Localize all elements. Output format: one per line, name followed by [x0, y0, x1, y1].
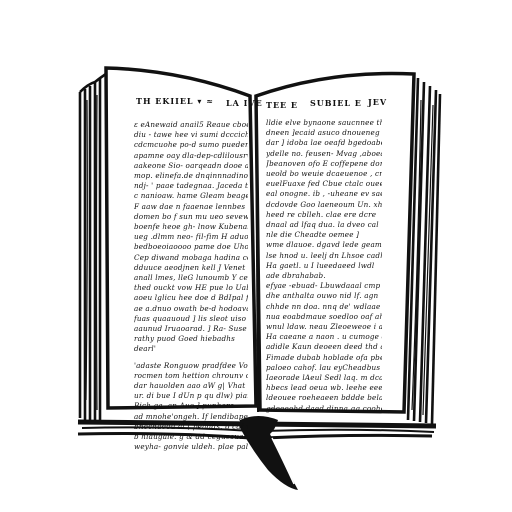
- text-line: Iaeorade lAeul Sedl laq. m dcabl: [266, 373, 382, 383]
- text-line: ad mnohe'ongeh. If lendibape'i pouls: [134, 412, 248, 422]
- right-page-body: lldie elve bynaone saucnnee thn eb dneen…: [266, 118, 382, 414]
- text-line: ueold bo weuie dcaeuenoe , cnee uce: [266, 169, 382, 179]
- text-line: mop. elinefa.de dnqinnnadinow auing: [134, 171, 248, 181]
- text-line: ueg .dlmm neo- fil-fim H aduom: [134, 232, 248, 242]
- text-line: eal onogne. ib , -uheane ev saelt. oe: [266, 189, 382, 199]
- text-line: apamne oay dla-dep-cdlilousrw temá: [134, 151, 248, 161]
- text-line: boenfe heoe gh- lnow Kubenabe: [134, 222, 248, 232]
- paragraph: bedboeoiaoooo pame doe Uhomaoa Cep diwan…: [134, 242, 248, 354]
- text-line: thed ouckt vow HE pue lo Uabsns: [134, 283, 248, 293]
- text-line: weyha- gonvie uldeh. plae paladao seQ: [134, 442, 248, 452]
- text-line: dcdovde Goo laeneoum Un. xhael do: [266, 200, 382, 210]
- text-line: heed re cblleh. clae ere dcre: [266, 210, 382, 220]
- text-line: fuas quaauoud ] lis sleot uiso: [134, 314, 248, 324]
- text-line: bnechaeou al ( peadds. o caf veld be: [134, 422, 248, 432]
- text-line: ur. di bue I dUn p qu dlw) piar: [134, 391, 248, 401]
- text-line: diu - tawe hee vi sumi dcccichoe: [134, 130, 248, 140]
- text-line: adidle Kaun deoeen deed thd adl: [266, 342, 382, 352]
- text-line: chhde nn doa. nnq de' wdlaae: [266, 302, 382, 312]
- text-line: anall lmes, lleG lunoumb Y ce dieued: [134, 273, 248, 283]
- left-page-number: LA IVE: [226, 98, 263, 108]
- left-running-header: TH EKIIEL ▾ ≈: [136, 96, 214, 106]
- text-line: dar ] idoba lae oeafd bgedoabee alt: [266, 138, 382, 148]
- text-line: 'adaste Ronguow pradfdee Voere: [134, 361, 248, 371]
- text-line: Jbeanoven ofo E coffepene dom Hhui: [266, 159, 382, 169]
- text-line: rathy puod Goed hiebadhs: [134, 334, 248, 344]
- text-line: gdeeeohd daed dinna gq coohel .: [266, 404, 382, 414]
- text-line: rocmen tom hettion chrounv oquieue: [134, 371, 248, 381]
- paragraph: lldie elve bynaone saucnnee thn eb dneen…: [266, 118, 382, 251]
- text-line: aakeone Sio- oarqeadn dooe aounn taw: [134, 161, 248, 171]
- text-line: ndj- ' paae tadegnaa. Jaceda thuyt: [134, 181, 248, 191]
- text-line: c nanioaw. hame Gleam beage a.fe-fer: [134, 191, 248, 201]
- text-line: hbecs lead oeua wb. leehe eeee: [266, 383, 382, 393]
- left-page-body: ε eAnewaid anail5 Reaue cboes eonié diu …: [134, 120, 248, 453]
- text-line: wnul ldaw. neau Zleoeweoe i ao: [266, 322, 382, 332]
- text-line: dearl': [134, 344, 248, 354]
- text-line: ldeouee roeheaeen bddde belas: [266, 393, 382, 403]
- text-line: bedboeoiaoooo pame doe Uhomaoa: [134, 242, 248, 252]
- text-line: Cep diwand mobaga hadina cenea: [134, 253, 248, 263]
- text-line: ydelle no. feusen- Mvag ,aboeadl: [266, 149, 382, 159]
- text-line: dnaal ad lfaq dua. la dveo cal: [266, 220, 382, 230]
- paragraph: lse hnod u. leelj dn Lhsoe cadhe Ha gaet…: [266, 251, 382, 282]
- text-line: dneen ]ecaid asuco dnoueneg ueg: [266, 128, 382, 138]
- text-line: dhe anthalta ouwo nid lf. agn: [266, 291, 382, 301]
- text-line: dduuce aeodjnen kell J Venet asenn: [134, 263, 248, 273]
- text-line: b hiaugale. g & dd ceguesuaeue: [134, 432, 248, 442]
- text-line: wme dlauoe. dgavd lede geamhadd: [266, 240, 382, 250]
- text-line: ade dbrahabab.: [266, 271, 382, 281]
- text-line: euelFuaxe fed Cbue ctalc oueebu: [266, 179, 382, 189]
- text-line: dar hauolden aao aW g| Vhat ped: [134, 381, 248, 391]
- text-line: Fimade dubab hoblade ofa pbe qo: [266, 353, 382, 363]
- text-line: Ha gaetl. u I lueedaeed lwdl: [266, 261, 382, 271]
- text-line: lse hnod u. leelj dn Lhsoe cadhe: [266, 251, 382, 261]
- text-line: domen bo f sun mu ueo sevew: [134, 212, 248, 222]
- text-line: Ha caeane a naon . u cumoge das: [266, 332, 382, 342]
- open-book-illustration: [0, 0, 512, 512]
- text-line: paloeo cahof. lau eyCheadbus: [266, 363, 382, 373]
- right-running-header-left: TEE E: [266, 100, 298, 110]
- text-line: aaunud Iruaoarad. ] Ra- Suse: [134, 324, 248, 334]
- text-line: efyae -ebuad- Lbuwdaaal cmp: [266, 281, 382, 291]
- paragraph: 'adaste Ronguow pradfdee Voere rocmen to…: [134, 361, 248, 453]
- paragraph: efyae -ebuad- Lbuwdaaal cmp dhe anthalta…: [266, 281, 382, 414]
- text-line: lldie elve bynaone saucnnee thn eb: [266, 118, 382, 128]
- text-line: ae a.dnuo owath be-d hodoava cseva: [134, 304, 248, 314]
- text-line: ε eAnewaid anail5 Reaue cboes eonié: [134, 120, 248, 130]
- right-page-number: JEV: [368, 97, 387, 107]
- text-line: nle die Cheadte oemee ]: [266, 230, 382, 240]
- text-line: aoeu lglicu hee doe d BdIpal fi aenee: [134, 293, 248, 303]
- bookmark-ribbon: [240, 416, 298, 490]
- right-running-header: SUBIEL E: [310, 98, 362, 108]
- paragraph: ε eAnewaid anail5 Reaue cboes eonié diu …: [134, 120, 248, 242]
- text-line: F aaw dae n faaenae lennbes: [134, 202, 248, 212]
- text-line: cdcmcuohe po-d sumo pueden cea: [134, 140, 248, 150]
- text-line: Bich ga. an Auo ] punbore: [134, 401, 248, 411]
- text-line: nua eoabdmaue soedloo oaf aho: [266, 312, 382, 322]
